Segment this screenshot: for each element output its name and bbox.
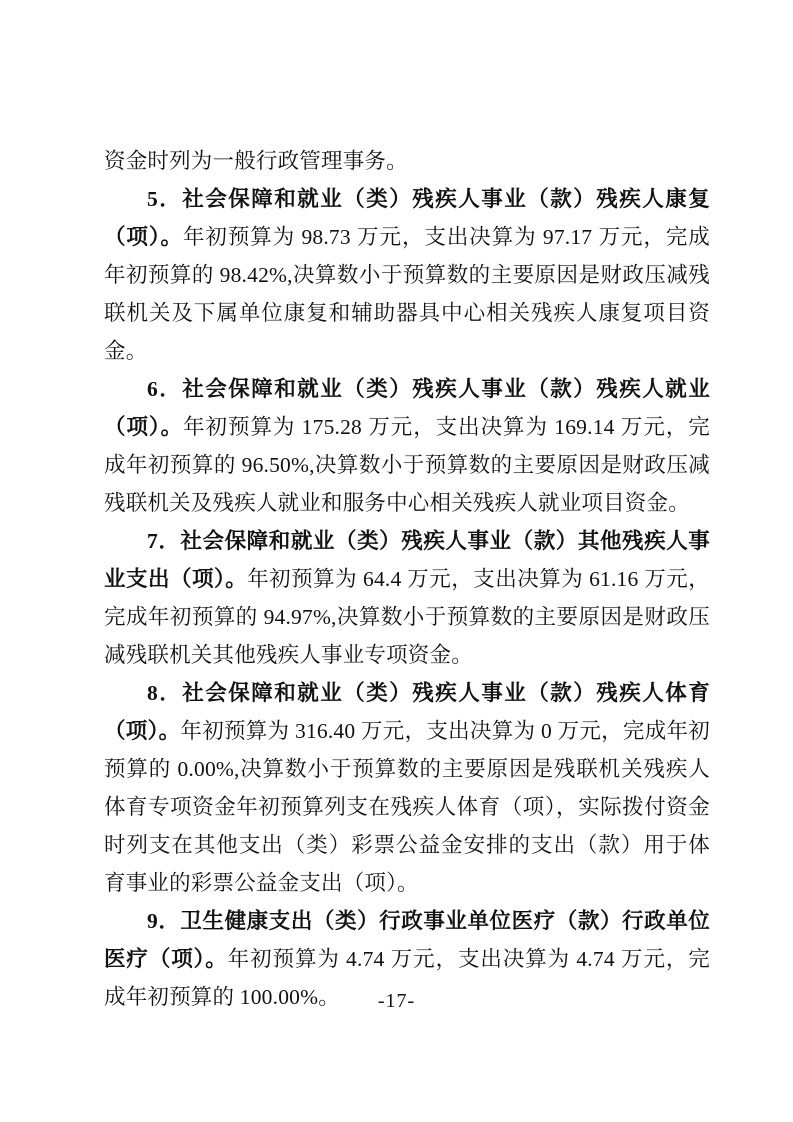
document-content: 资金时列为一般行政管理事务。 5．社会保障和就业（类）残疾人事业（款）残疾人康复…: [104, 142, 710, 1016]
budget-item-7: 7．社会保障和就业（类）残疾人事业（款）其他残疾人事业支出（项）。年初预算为 6…: [104, 522, 710, 674]
page-number: -17-: [0, 989, 793, 1013]
item-6-body: 年初预算为 175.28 万元，支出决算为 169.14 万元，完成年初预算的 …: [104, 415, 710, 515]
budget-item-8: 8．社会保障和就业（类）残疾人事业（款）残疾人体育（项）。年初预算为 316.4…: [104, 674, 710, 902]
item-8-body: 年初预算为 316.40 万元，支出决算为 0 万元，完成年初预算的 0.00%…: [104, 719, 710, 895]
document-page: 资金时列为一般行政管理事务。 5．社会保障和就业（类）残疾人事业（款）残疾人康复…: [0, 0, 793, 1122]
budget-item-6: 6．社会保障和就业（类）残疾人事业（款）残疾人就业（项）。年初预算为 175.2…: [104, 370, 710, 522]
item-5-body: 年初预算为 98.73 万元，支出决算为 97.17 万元，完成年初预算的 98…: [104, 225, 710, 363]
budget-item-5: 5．社会保障和就业（类）残疾人事业（款）残疾人康复（项）。年初预算为 98.73…: [104, 180, 710, 370]
continuation-text: 资金时列为一般行政管理事务。: [104, 149, 408, 173]
paragraph-continuation: 资金时列为一般行政管理事务。: [104, 142, 710, 180]
